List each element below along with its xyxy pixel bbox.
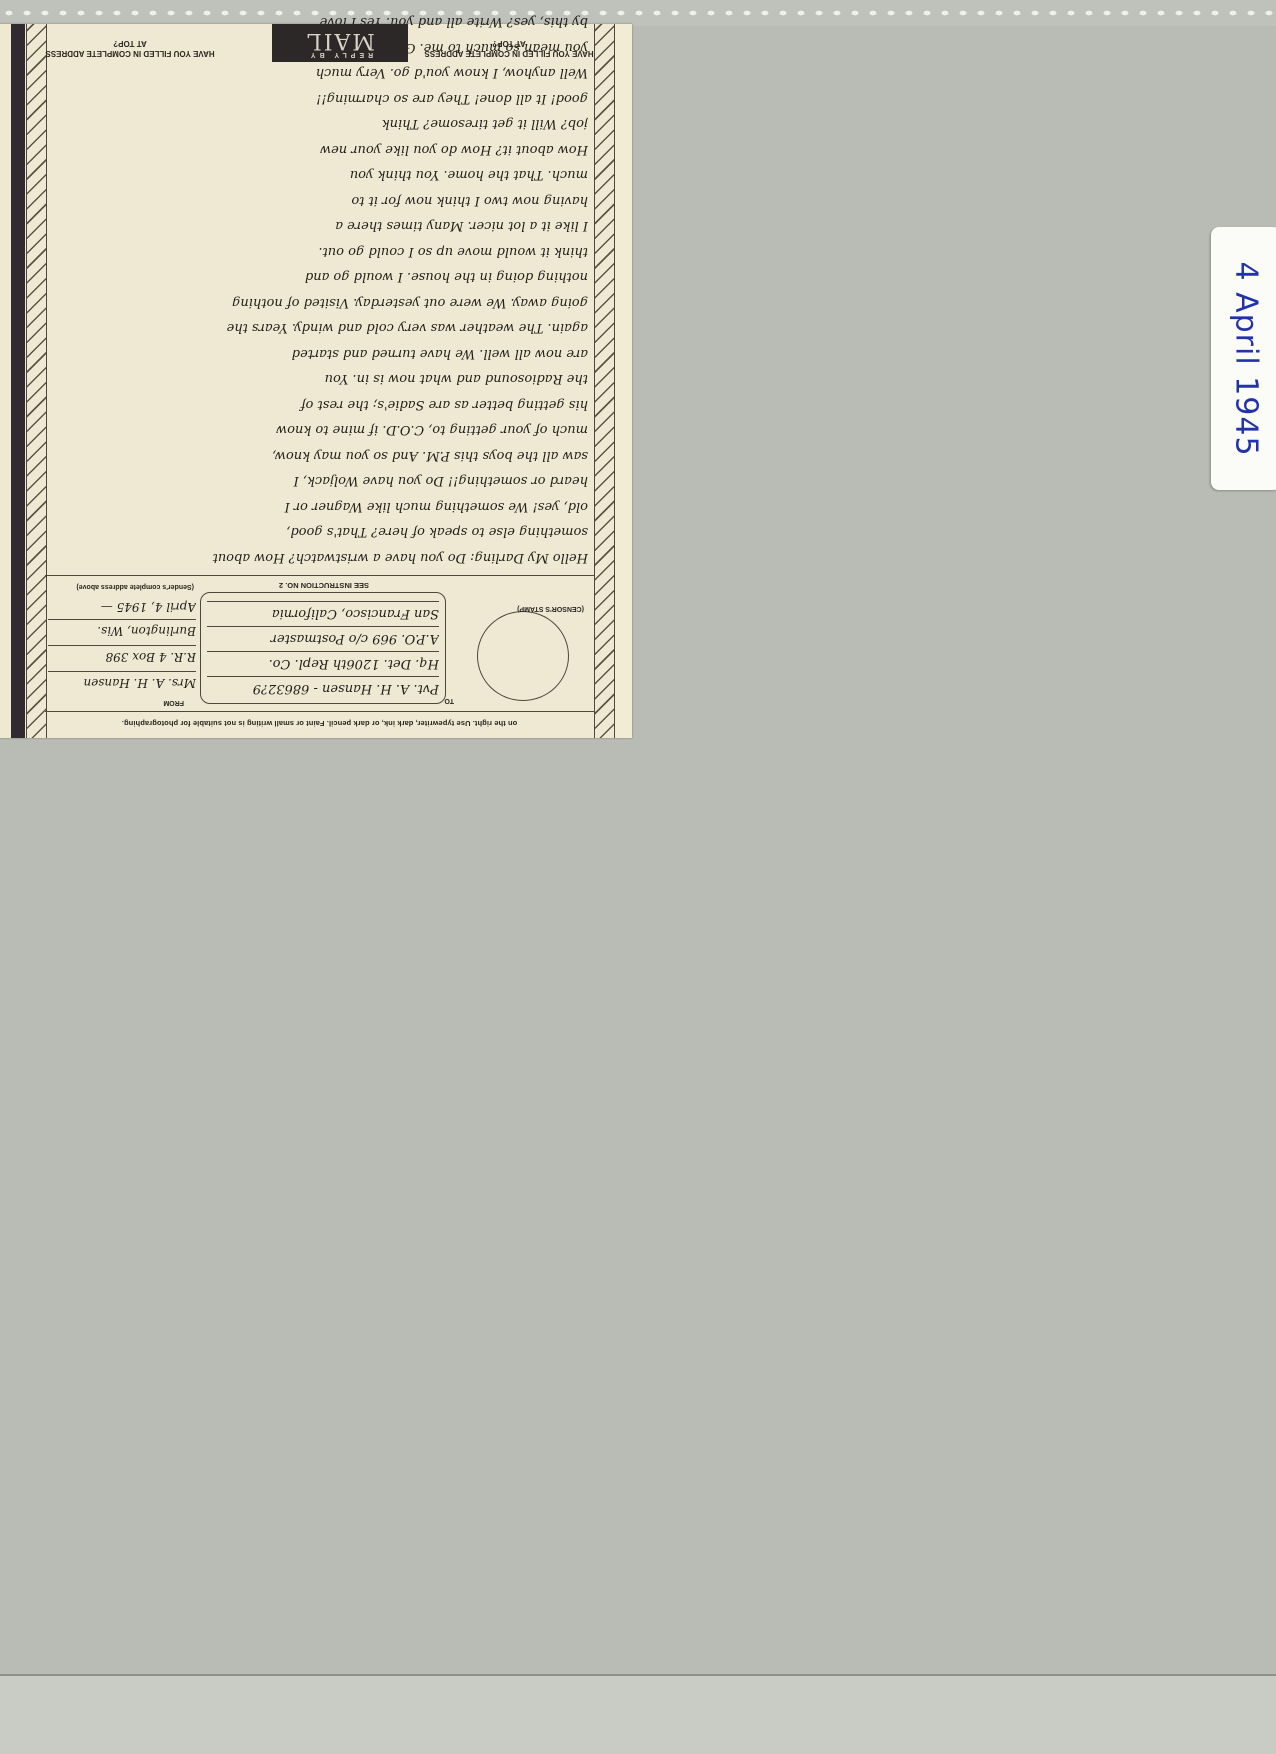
body-line: much of your getting to, C.O.D. if mine …	[51, 417, 588, 443]
letter-body: Hello My Darling: Do you have a wristwat…	[51, 0, 588, 570]
body-line: are now all well. We have turned and sta…	[51, 341, 588, 367]
body-line: having now two I think now for it to	[51, 188, 588, 214]
fill-address-note: HAVE YOU FILLED IN COMPLETE ADDRESS AT T…	[45, 38, 215, 58]
from-address-line: R.R. 4 Box 398	[48, 645, 196, 668]
divider	[45, 711, 594, 712]
body-line: job? Will it get tiresome? Think	[51, 111, 588, 137]
paper-margin	[614, 24, 632, 738]
fill-address-note: HAVE YOU FILLED IN COMPLETE ADDRESS AT T…	[424, 38, 594, 58]
body-line: Hello My Darling: Do you have a wristwat…	[51, 545, 588, 571]
censor-stamp-area: (CENSOR'S STAMP)	[444, 595, 594, 710]
censor-stamp-circle	[477, 611, 569, 701]
see-instruction: SEE INSTRUCTION NO. 2	[204, 581, 444, 590]
letter-form: on the right. Use typewriter, dark ink, …	[45, 24, 594, 738]
date-sticky-note: 4 April 1945	[1211, 227, 1276, 490]
to-label: TO	[444, 697, 454, 704]
body-line: going away. We were out yesterday. Visit…	[51, 290, 588, 316]
to-address-line: Hq. Det. 1206th Repl. Co.	[207, 651, 439, 674]
body-line: heard or something!! Do you have Woljack…	[51, 468, 588, 494]
body-line: something else to speak of here? That's …	[51, 519, 588, 545]
from-address-line: Burlington, Wis.	[48, 619, 196, 642]
mail-label: MAIL	[272, 29, 408, 51]
from-address-line: Mrs. A. H. Hansen	[48, 671, 196, 694]
body-line: saw all the boys this P.M. And so you ma…	[51, 443, 588, 469]
to-address-line: San Francisco, California	[207, 601, 439, 624]
reply-by-mail-logo: REPLY BY MAIL	[272, 24, 408, 62]
divider	[45, 575, 594, 576]
body-line: I like it a lot nicer. Many times there …	[51, 213, 588, 239]
from-label: FROM	[163, 699, 184, 706]
body-line: much. That the home. You think you	[51, 162, 588, 188]
body-line: good! It all done! They are so charming!…	[51, 86, 588, 112]
border-dark-strip	[11, 24, 25, 738]
scanner-bed-edge	[0, 1674, 1276, 1754]
border-hatch-left	[594, 24, 615, 738]
body-line: nothing doing in the house. I would go a…	[51, 264, 588, 290]
body-line: old, yes! We something much like Wagner …	[51, 494, 588, 520]
border-hatch-right	[26, 24, 47, 738]
censor-stamp-label: (CENSOR'S STAMP)	[517, 605, 584, 612]
vmail-letter: on the right. Use typewriter, dark ink, …	[0, 24, 632, 738]
to-address-box: Pvt. A. H. Hansen - 68632?9 Hq. Det. 120…	[200, 592, 446, 704]
instruction-footnote: on the right. Use typewriter, dark ink, …	[45, 719, 594, 728]
to-address-line: A.P.O. 969 c/o Postmaster	[207, 626, 439, 649]
to-address-line: Pvt. A. H. Hansen - 68632?9	[207, 676, 439, 699]
body-line: again. The weather was very cold and win…	[51, 315, 588, 341]
body-line: How about it? How do you like your new	[51, 137, 588, 163]
body-line: his getting better as are Sadie's; the r…	[51, 392, 588, 418]
letter-header-band: HAVE YOU FILLED IN COMPLETE ADDRESS AT T…	[45, 24, 594, 70]
body-line: you.	[51, 0, 588, 9]
body-line: think it would move up so I could go out…	[51, 239, 588, 265]
letter-date: April 4, 1945 —	[48, 596, 196, 618]
sticky-note-date: 4 April 1945	[1229, 261, 1264, 456]
body-line: the Radiosound and what now is in. You	[51, 366, 588, 392]
sender-note: (Sender's complete address above)	[76, 583, 194, 590]
